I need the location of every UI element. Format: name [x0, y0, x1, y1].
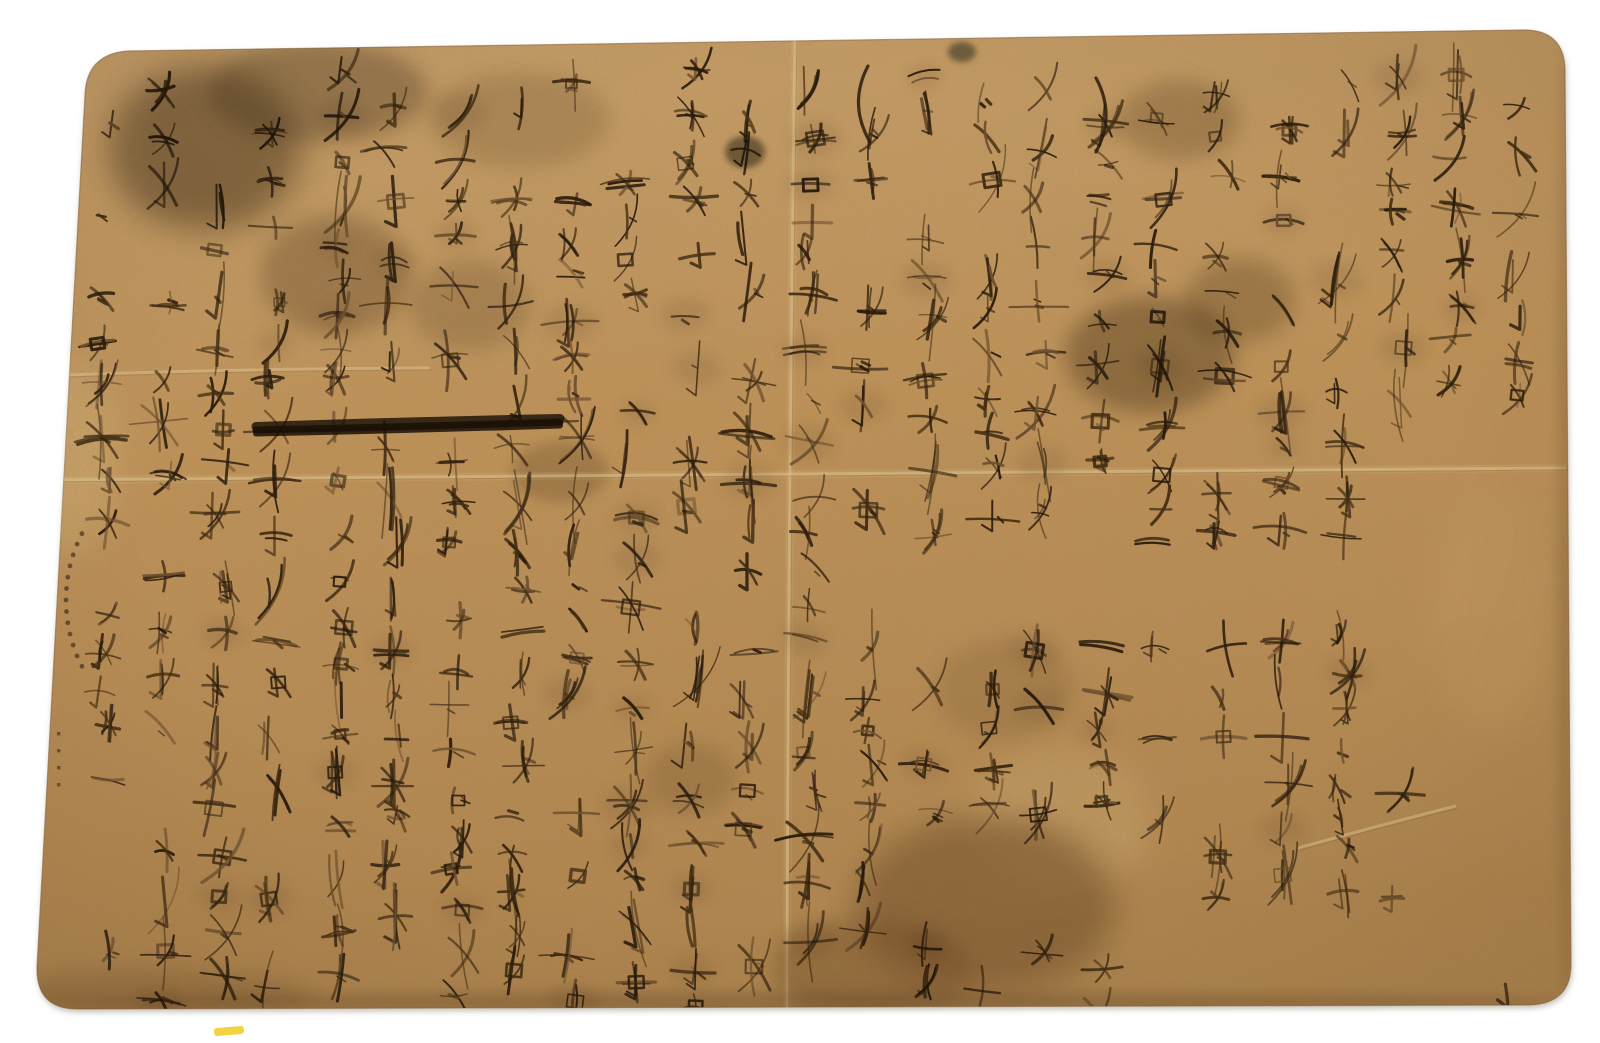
edge-vignette: [30, 24, 1578, 1016]
scanned-document: [0, 0, 1600, 1043]
